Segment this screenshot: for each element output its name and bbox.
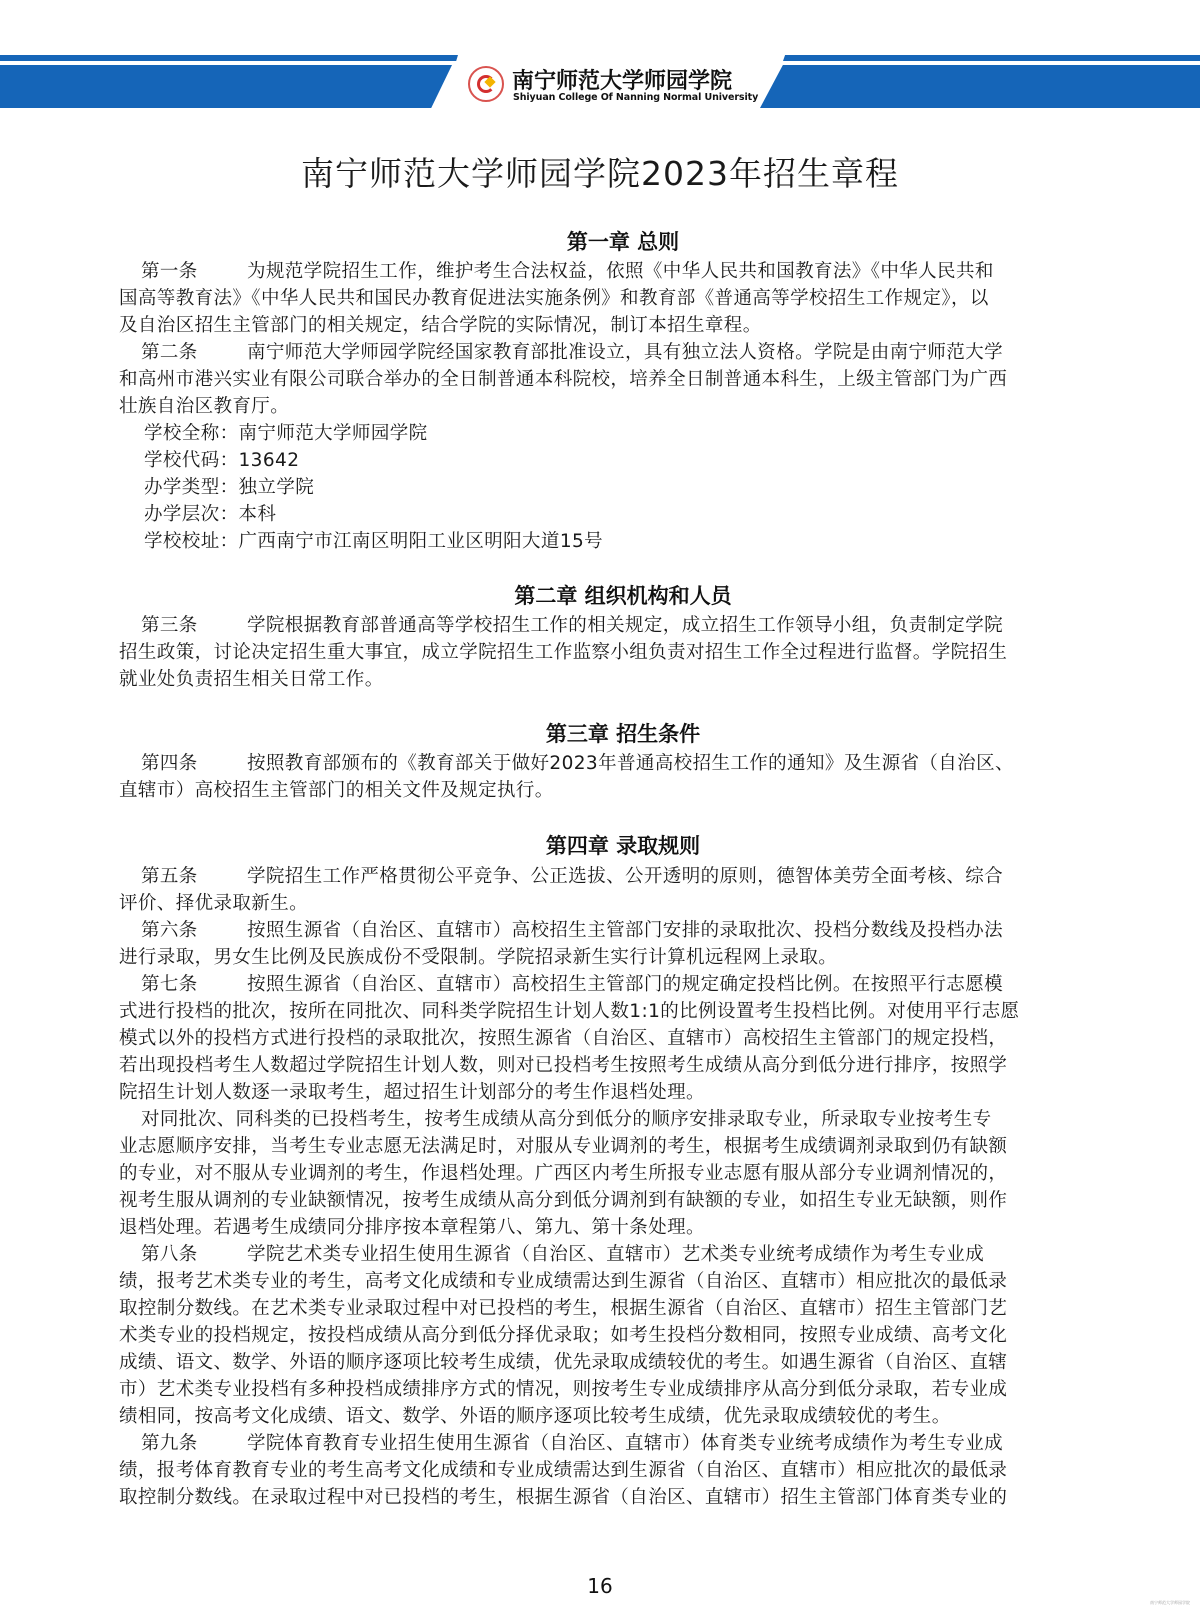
school-info-level: 办学层次：本科 — [144, 500, 276, 526]
page-number: 16 — [0, 1574, 1200, 1598]
article-line: 绩，报考艺术类专业的考生，高考文化成绩和专业成绩需达到生源省（自治区、直辖市）相… — [119, 1267, 1007, 1293]
article-label: 第六条 — [141, 916, 247, 942]
article-line: 业志愿顺序安排，当考生专业志愿无法满足时，对服从专业调剂的考生，根据考生成绩调剂… — [119, 1132, 1007, 1158]
article-line: 进行录取，男女生比例及民族成份不受限制。学院招录新生实行计算机远程网上录取。 — [119, 943, 837, 969]
header-band-left-thin — [0, 55, 458, 61]
article-line: 取控制分数线。在录取过程中对已投档的考生，根据生源省（自治区、直辖市）招生主管部… — [119, 1483, 1007, 1509]
article-label: 第一条 — [141, 257, 247, 283]
article-label: 第五条 — [141, 862, 247, 888]
header-band-left — [0, 65, 452, 108]
article-line: 市）艺术类专业投档有多种投档成绩排序方式的情况，则按考生专业成绩排序从高分到低分… — [119, 1375, 1007, 1401]
chapter-heading: 第三章 招生条件 — [119, 718, 1127, 748]
article-line: 第五条学院招生工作严格贯彻公平竞争、公正选拔、公开透明的原则，德智体美劳全面考核… — [141, 862, 1003, 888]
article-line: 直辖市）高校招生主管部门的相关文件及规定执行。 — [119, 776, 554, 802]
article-line: 及自治区招生主管部门的相关规定，结合学院的实际情况，制订本招生章程。 — [119, 311, 762, 337]
article-line: 取控制分数线。在艺术类专业录取过程中对已投档的考生，根据生源省（自治区、直辖市）… — [119, 1294, 1007, 1320]
article-label: 第七条 — [141, 970, 247, 996]
article-line: 招生政策，讨论决定招生重大事宜，成立学院招生工作监察小组负责对招生工作全过程进行… — [119, 638, 1007, 664]
chapter-heading: 第四章 录取规则 — [119, 830, 1127, 860]
school-info-full-name: 学校全称：南宁师范大学师园学院 — [144, 419, 428, 445]
header-band-right-thin — [783, 55, 1200, 61]
logo-english-name: Shiyuan College Of Nanning Normal Univer… — [513, 92, 758, 103]
article-line: 评价、择优录取新生。 — [119, 889, 308, 915]
school-info-code: 学校代码：13642 — [144, 446, 299, 472]
article-line: 第二条南宁师范大学师园学院经国家教育部批准设立，具有独立法人资格。学院是由南宁师… — [141, 338, 1003, 364]
logo-chinese-name: 南宁师范大学师园学院 — [512, 64, 732, 95]
article-line: 对同批次、同科类的已投档考生，按考生成绩从高分到低分的顺序安排录取专业，所录取专… — [141, 1105, 992, 1131]
article-line: 院招生计划人数逐一录取考生，超过招生计划部分的考生作退档处理。 — [119, 1078, 705, 1104]
college-emblem-icon — [468, 66, 504, 102]
article-line: 国高等教育法》《中华人民共和国民办教育促进法实施条例》和教育部《普通高等学校招生… — [119, 284, 989, 310]
article-line: 的专业，对不服从专业调剂的考生，作退档处理。广西区内考生所报专业志愿有服从部分专… — [119, 1159, 1007, 1185]
watermark-text: 南宁师范大学师园学院 — [1150, 1600, 1190, 1606]
page-header: 南宁师范大学师园学院 Shiyuan College Of Nanning No… — [0, 0, 1200, 130]
article-line: 第八条学院艺术类专业招生使用生源省（自治区、直辖市）艺术类专业统考成绩作为考生专… — [141, 1240, 984, 1266]
chapter-heading: 第二章 组织机构和人员 — [119, 580, 1127, 610]
article-label: 第九条 — [141, 1429, 247, 1455]
school-info-type: 办学类型：独立学院 — [144, 473, 314, 499]
header-band-right — [760, 65, 1200, 108]
article-line: 若出现投档考生人数超过学院招生计划人数，则对已投档考生按照考生成绩从高分到低分进… — [119, 1051, 1007, 1077]
article-line: 视考生服从调剂的专业缺额情况，按考生成绩从高分到低分调剂到有缺额的专业，如招生专… — [119, 1186, 1007, 1212]
article-label: 第三条 — [141, 611, 247, 637]
article-line: 第六条按照生源省（自治区、直辖市）高校招生主管部门安排的录取批次、投档分数线及投… — [141, 916, 1003, 942]
article-line: 第三条学院根据教育部普通高等学校招生工作的相关规定，成立招生工作领导小组，负责制… — [141, 611, 1003, 637]
article-line: 模式以外的投档方式进行投档的录取批次，按照生源省（自治区、直辖市）高校招生主管部… — [119, 1024, 1007, 1050]
article-line: 术类专业的投档规定，按投档成绩从高分到低分择优录取；如考生投档分数相同，按照专业… — [119, 1321, 1007, 1347]
article-line: 第九条学院体育教育专业招生使用生源省（自治区、直辖市）体育类专业统考成绩作为考生… — [141, 1429, 1003, 1455]
article-line: 绩，报考体育教育专业的考生高考文化成绩和专业成绩需达到生源省（自治区、直辖市）相… — [119, 1456, 1007, 1482]
chapter-heading: 第一章 总则 — [119, 226, 1127, 256]
article-line: 绩相同，按高考文化成绩、语文、数学、外语的顺序逐项比较考生成绩，优先录取成绩较优… — [119, 1402, 951, 1428]
article-label: 第二条 — [141, 338, 247, 364]
article-line: 式进行投档的批次，按所在同批次、同科类学院招生计划人数1:1的比例设置考生投档比… — [119, 997, 1019, 1023]
article-line: 第一条为规范学院招生工作，维护考生合法权益，依照《中华人民共和国教育法》《中华人… — [141, 257, 994, 283]
article-line: 就业处负责招生相关日常工作。 — [119, 665, 384, 691]
document-title: 南宁师范大学师园学院2023年招生章程 — [0, 148, 1200, 195]
article-label: 第八条 — [141, 1240, 247, 1266]
article-line: 壮族自治区教育厅。 — [119, 392, 289, 418]
college-logo: 南宁师范大学师园学院 Shiyuan College Of Nanning No… — [468, 60, 748, 110]
article-label: 第四条 — [141, 749, 247, 775]
article-line: 和高州市港兴实业有限公司联合举办的全日制普通本科院校，培养全日制普通本科生，上级… — [119, 365, 1007, 391]
article-line: 第七条按照生源省（自治区、直辖市）高校招生主管部门的规定确定投档比例。在按照平行… — [141, 970, 1003, 996]
article-line: 成绩、语文、数学、外语的顺序逐项比较考生成绩，优先录取成绩较优的考生。如遇生源省… — [119, 1348, 1007, 1374]
school-info-address: 学校校址：广西南宁市江南区明阳工业区明阳大道15号 — [144, 527, 603, 553]
article-line: 第四条按照教育部颁布的《教育部关于做好2023年普通高校招生工作的通知》及生源省… — [141, 749, 1014, 775]
article-line: 退档处理。若遇考生成绩同分排序按本章程第八、第九、第十条处理。 — [119, 1213, 705, 1239]
